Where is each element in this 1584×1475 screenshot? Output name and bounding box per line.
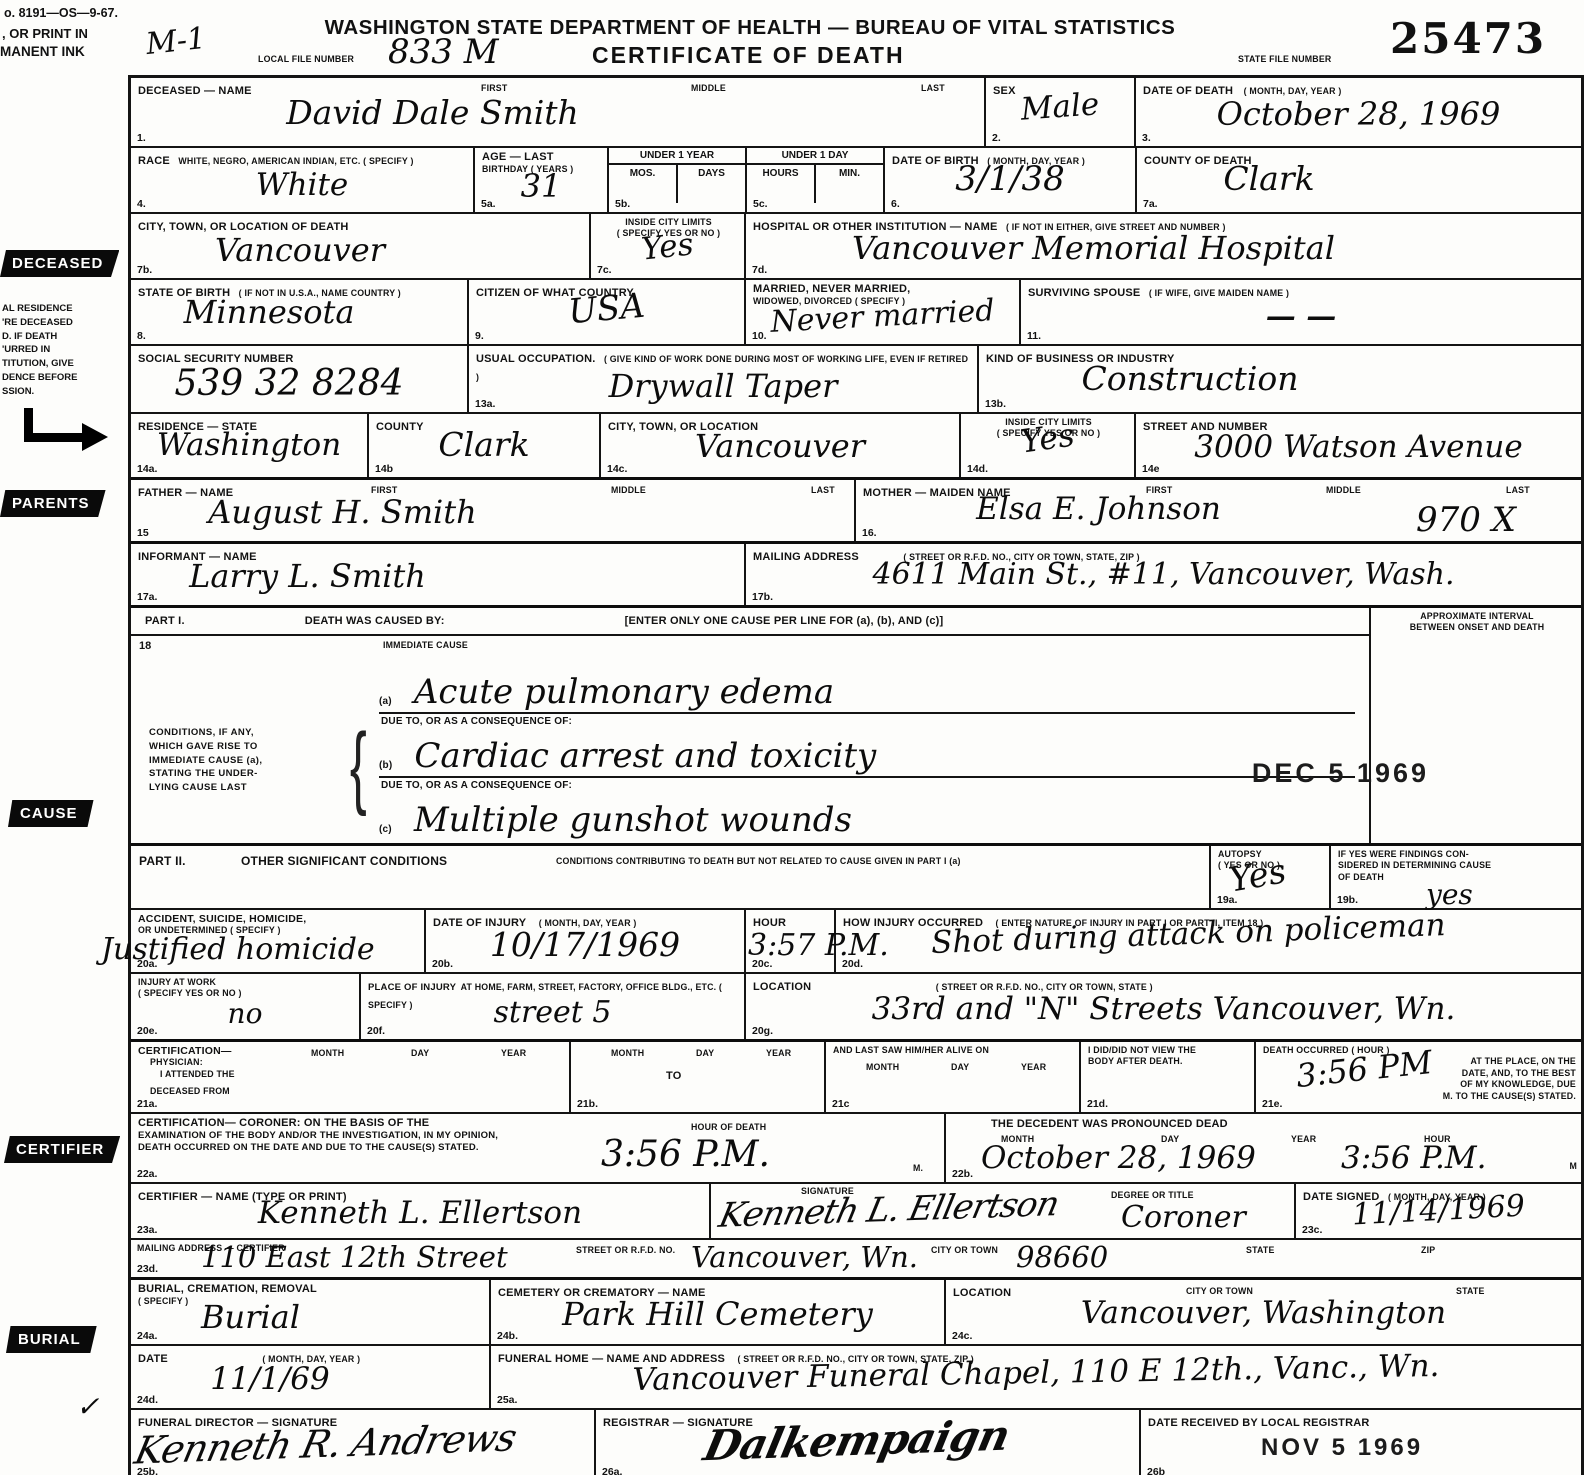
under-1-day-label: UNDER 1 DAY (747, 148, 883, 165)
field-age: AGE — LAST BIRTHDAY ( YEARS ) 5a. 31 (475, 148, 609, 212)
registrar-number: 26a. (602, 1466, 622, 1475)
viewed-body-label-1: I DID/DID NOT VIEW THE (1088, 1045, 1249, 1056)
ssn-value: 539 32 8284 (111, 366, 467, 402)
hospital-number: 7d. (752, 264, 767, 276)
field-findings-considered: IF YES WERE FINDINGS CON- SIDERED IN DET… (1331, 846, 1581, 908)
street-rfd-label: STREET OR R.F.D. NO. (576, 1245, 675, 1256)
informant-name-number: 17a. (137, 591, 157, 603)
burial-location-state-label: STATE (1456, 1286, 1485, 1297)
interval-label-1: APPROXIMATE INTERVAL (1378, 611, 1576, 622)
burial-location-value: Vancouver, Washington (946, 1298, 1581, 1329)
date-of-injury-value: 10/17/1969 (426, 928, 744, 961)
findings-number: 19b. (1337, 894, 1358, 906)
field-burial-date: DATE ( MONTH, DAY, YEAR ) 24d. 11/1/69 (131, 1346, 491, 1408)
field-physician-attended: CERTIFICATION— PHYSICIAN: I ATTENDED THE… (131, 1042, 571, 1112)
field-coroner-certification: CERTIFICATION— CORONER: ON THE BASIS OF … (131, 1114, 946, 1182)
last-saw-month-label: MONTH (866, 1062, 899, 1073)
burial-date-value: 11/1/69 (51, 1364, 489, 1395)
injury-location-label: LOCATION (753, 981, 811, 993)
findings-label-1: IF YES WERE FINDINGS CON- (1338, 849, 1576, 860)
cause-b-prefix: (b) (379, 759, 392, 772)
business-value: Construction (799, 362, 1581, 395)
physician-to-number: 21b. (577, 1098, 598, 1110)
margin-note-line: AL RESIDENCE (2, 302, 77, 316)
cemetery-value: Park Hill Cemetery (491, 1298, 944, 1330)
field-viewed-body: I DID/DID NOT VIEW THE BODY AFTER DEATH.… (1081, 1042, 1256, 1112)
margin-tab-certifier: CERTIFIER (4, 1136, 120, 1163)
state-of-birth-value: Minnesota (71, 296, 467, 328)
conditions-note-line: WHICH GAVE RISE TO (149, 740, 339, 754)
under-1-day-number: 5c. (753, 198, 768, 210)
death-certificate-page: o. 8191—OS—9-67. , OR PRINT IN MANENT IN… (0, 0, 1584, 1475)
field-approx-interval: APPROXIMATE INTERVAL BETWEEN ONSET AND D… (1371, 608, 1581, 843)
findings-value: yes (1426, 878, 1473, 911)
zip-label: ZIP (1421, 1245, 1435, 1256)
race-sublabel: WHITE, NEGRO, AMERICAN INDIAN, ETC. ( SP… (178, 156, 413, 166)
local-file-label: LOCAL FILE NUMBER (258, 54, 354, 65)
state-file-value: 25473 (1390, 14, 1546, 63)
field-residence-inside-limits: INSIDE CITY LIMITS ( SPECIFY YES OR NO )… (961, 414, 1136, 477)
field-certifier-name: CERTIFIER — NAME (TYPE OR PRINT) 23a. Ke… (131, 1184, 711, 1238)
surviving-spouse-value: — — (1021, 302, 1581, 332)
deceased-name-value: David Dale Smith (0, 96, 984, 129)
field-deceased-name: DECEASED — NAME FIRST MIDDLE LAST 1. Dav… (131, 78, 986, 146)
residence-county-value: Clark (369, 428, 599, 461)
residence-street-number: 14e (1142, 463, 1160, 475)
ink-note-line2: MANENT INK (0, 44, 85, 59)
burial-date-number: 24d. (137, 1394, 158, 1406)
field-residence-street: STREET AND NUMBER 14e 3000 Watson Avenue (1136, 414, 1581, 477)
business-number: 13b. (985, 398, 1006, 410)
certifier-mailing-number: 23d. (137, 1263, 158, 1275)
cause-line-c: (c) Multiple gunshot wounds (379, 788, 1355, 840)
margin-tab-burial: BURIAL (6, 1326, 97, 1353)
middle-label: MIDDLE (691, 83, 726, 94)
physician-to-label: TO (666, 1070, 681, 1083)
margin-note-line: 'RE DECEASED (2, 316, 77, 330)
last-saw-year-label: YEAR (1021, 1062, 1046, 1073)
date-of-death-number: 3. (1142, 132, 1151, 144)
age-value: 31 (475, 170, 607, 202)
injury-location-value: 33rd and "N" Streets Vancouver, Wn. (746, 994, 1581, 1025)
how-injury-number: 20d. (842, 958, 863, 970)
physician-day-label: DAY (411, 1048, 429, 1059)
manner-value: Justified homicide (101, 932, 375, 967)
ink-note-line1: , OR PRINT IN (2, 26, 88, 41)
hour-of-death-m-label: M. (913, 1163, 923, 1174)
field-residence-city: CITY, TOWN, OR LOCATION 14c. Vancouver (601, 414, 961, 477)
field-date-received: DATE RECEIVED BY LOCAL REGISTRAR 26b NOV… (1141, 1410, 1581, 1475)
conditions-note: CONDITIONS, IF ANY, WHICH GAVE RISE TO I… (149, 726, 339, 795)
residence-city-value: Vancouver (601, 430, 959, 462)
race-label: RACE (138, 155, 170, 167)
section-part2: PART II. OTHER SIGNIFICANT CONDITIONS CO… (131, 846, 1211, 908)
margin-note-line: SSION. (2, 385, 77, 399)
informant-mailing-number: 17b. (752, 591, 773, 603)
field-citizen: CITIZEN OF WHAT COUNTRY 9. USA (469, 280, 746, 344)
certifier-city-value: Vancouver, Wn. (691, 1240, 918, 1274)
burial-type-number: 24a. (137, 1330, 157, 1342)
field-burial-type: BURIAL, CREMATION, REMOVAL ( SPECIFY ) 2… (131, 1280, 491, 1344)
surviving-spouse-sublabel: ( IF WIFE, GIVE MAIDEN NAME ) (1149, 288, 1289, 298)
field-place-of-injury: PLACE OF INJURY AT HOME, FARM, STREET, F… (361, 974, 746, 1039)
hour-of-death-value: 3:56 P.M. (601, 1134, 770, 1175)
date-received-label: DATE RECEIVED BY LOCAL REGISTRAR (1148, 1417, 1370, 1429)
field-burial-location: LOCATION CITY OR TOWN STATE 24c. Vancouv… (946, 1280, 1581, 1344)
last-saw-day-label: DAY (951, 1062, 969, 1073)
coroner-text-2: EXAMINATION OF THE BODY AND/OR THE INVES… (138, 1130, 939, 1142)
field-injury-at-work: INJURY AT WORK ( SPECIFY YES OR NO ) 20e… (131, 974, 361, 1039)
registrar-value: Dalkempaign (700, 1411, 1014, 1470)
date-received-number: 26b (1147, 1466, 1165, 1475)
state-label: STATE (1246, 1245, 1275, 1256)
findings-label-2: SIDERED IN DETERMINING CAUSE (1338, 860, 1576, 871)
city-or-town-label: CITY OR TOWN (931, 1245, 998, 1256)
date-of-death-value: October 28, 1969 (1136, 98, 1581, 130)
pronounced-date-value: October 28, 1969 (981, 1140, 1256, 1176)
viewed-body-label-2: BODY AFTER DEATH. (1088, 1056, 1249, 1067)
certificate-title: WASHINGTON STATE DEPARTMENT OF HEALTH — … (230, 16, 1270, 40)
section-cause-part1: PART I. DEATH WAS CAUSED BY: [ENTER ONLY… (131, 608, 1371, 843)
residence-state-number: 14a. (137, 463, 157, 475)
field-city-of-death: CITY, TOWN, OR LOCATION OF DEATH 7b. Van… (131, 214, 591, 278)
field-ssn: SOCIAL SECURITY NUMBER 539 32 8284 (131, 346, 469, 412)
conditions-note-line: CONDITIONS, IF ANY, (149, 726, 339, 740)
conditions-note-line: STATING THE UNDER- (149, 767, 339, 781)
certifier-signature-value: Kenneth L. Ellertson (715, 1184, 1062, 1236)
field-date-of-death: DATE OF DEATH ( MONTH, DAY, YEAR ) 3. Oc… (1136, 78, 1581, 146)
physician-attended-number: 21a. (137, 1098, 157, 1110)
local-file-value: 833 M (388, 32, 499, 72)
autopsy-value: Yes (1226, 851, 1289, 900)
certificate-form: DECEASED — NAME FIRST MIDDLE LAST 1. Dav… (128, 75, 1584, 1475)
last-label: LAST (921, 83, 945, 94)
death-occurred-number: 21e. (1262, 1098, 1282, 1110)
caused-by-label: DEATH WAS CAUSED BY: (305, 615, 445, 628)
field-race: RACE WHITE, NEGRO, AMERICAN INDIAN, ETC.… (131, 148, 475, 212)
field-registrar-signature: REGISTRAR — SIGNATURE 26a. Dalkempaign (596, 1410, 1141, 1475)
field-hospital: HOSPITAL OR OTHER INSTITUTION — NAME ( I… (746, 214, 1581, 278)
mother-extra-mark: 970 X (1416, 500, 1516, 540)
hour-of-death-label: HOUR OF DEATH (691, 1122, 766, 1133)
manner-label-1: ACCIDENT, SUICIDE, HOMICIDE, (138, 913, 419, 925)
last-saw-alive-label: AND LAST SAW HIM/HER ALIVE ON (833, 1045, 1074, 1056)
field-under-1-day: UNDER 1 DAY HOURS MIN. 5c. (747, 148, 885, 212)
physician-year-label: YEAR (501, 1048, 526, 1059)
physician-cert-label-4: DECEASED FROM (150, 1086, 564, 1097)
county-of-death-number: 7a. (1143, 198, 1158, 210)
field-certifier-mailing-address: MAILING ADDRESS — CERTIFIER 23d. 110 Eas… (131, 1240, 1581, 1277)
pronounced-number: 22b. (952, 1168, 973, 1180)
part1-label: PART I. (145, 615, 185, 628)
injury-at-work-value: no (131, 1000, 359, 1028)
certifier-name-value: Kenneth L. Ellertson (131, 1198, 709, 1229)
field-certifier-signature: SIGNATURE Kenneth L. Ellertson DEGREE OR… (711, 1184, 1296, 1238)
pen-code: M-1 (144, 21, 207, 62)
age-label-1: AGE — LAST (482, 151, 602, 164)
conditions-note-line: LYING CAUSE LAST (149, 781, 339, 795)
margin-tab-cause: CAUSE (8, 800, 94, 827)
date-of-birth-number: 6. (891, 198, 900, 210)
coroner-text-1: CERTIFICATION— CORONER: ON THE BASIS OF … (138, 1117, 939, 1130)
physician-to-year-label: YEAR (766, 1048, 791, 1059)
burial-type-value: Burial (201, 1298, 300, 1336)
county-of-death-value: Clark (957, 162, 1581, 195)
under-1-year-label: UNDER 1 YEAR (609, 148, 745, 165)
injury-location-number: 20g. (752, 1025, 773, 1037)
last-saw-number: 21c (832, 1098, 850, 1110)
field-business: KIND OF BUSINESS OR INDUSTRY 13b. Constr… (979, 346, 1581, 412)
cause-line-a: (a) Acute pulmonary edema (379, 652, 1355, 714)
physician-to-month-label: MONTH (611, 1048, 644, 1059)
interval-label-2: BETWEEN ONSET AND DEATH (1378, 622, 1576, 633)
certifier-address-value: 110 East 12th Street (201, 1240, 508, 1274)
cause-b-value: Cardiac arrest and toxicity (414, 736, 876, 776)
margin-note-line: D. IF DEATH (2, 330, 77, 344)
field-marital-status: MARRIED, NEVER MARRIED, WIDOWED, DIVORCE… (746, 280, 1021, 344)
surviving-spouse-label: SURVIVING SPOUSE (1028, 287, 1140, 299)
cause-a-prefix: (a) (379, 695, 392, 708)
cemetery-number: 24b. (497, 1330, 518, 1342)
physician-cert-label-3: I ATTENDED THE (160, 1069, 564, 1080)
coroner-number: 22a. (137, 1168, 157, 1180)
conditions-brace: { (350, 714, 367, 819)
field-surviving-spouse: SURVIVING SPOUSE ( IF WIFE, GIVE MAIDEN … (1021, 280, 1581, 344)
pronounced-hour-value: 3:56 P.M. (1341, 1140, 1487, 1176)
sex-number: 2. (992, 132, 1001, 144)
field-informant-name: INFORMANT — NAME 17a. Larry L. Smith (131, 544, 746, 605)
field-death-occurred: DEATH OCCURRED ( HOUR ) AT THE PLACE, ON… (1256, 1042, 1581, 1112)
part2-title: OTHER SIGNIFICANT CONDITIONS (241, 854, 447, 868)
field-cemetery-name: CEMETERY OR CREMATORY — NAME 24b. Park H… (491, 1280, 946, 1344)
deceased-name-number: 1. (137, 132, 146, 144)
burial-type-sublabel: ( SPECIFY ) (138, 1296, 484, 1307)
field-state-of-birth: STATE OF BIRTH ( IF NOT IN U.S.A., NAME … (131, 280, 469, 344)
margin-note-line: 'URRED IN (2, 343, 77, 357)
coroner-text-3: DEATH OCCURRED ON THE DATE AND DUE TO TH… (138, 1142, 939, 1154)
field-residence-county: COUNTY 14b Clark (369, 414, 601, 477)
burial-type-label: BURIAL, CREMATION, REMOVAL (138, 1283, 484, 1296)
conditions-note-line: IMMEDIATE CAUSE (a), (149, 754, 339, 768)
viewed-body-number: 21d. (1087, 1098, 1108, 1110)
field-hour-of-injury: HOUR 20c. 3:57 P.M. (746, 910, 836, 972)
field-mother-name: MOTHER — MAIDEN NAME FIRST MIDDLE LAST 1… (856, 480, 1581, 541)
state-of-birth-number: 8. (137, 330, 146, 342)
residence-state-value: Washington (131, 430, 367, 461)
field-sex: SEX 2. Male (986, 78, 1136, 146)
physician-month-label: MONTH (311, 1048, 344, 1059)
field-physician-to: TO MONTH DAY YEAR 21b. (571, 1042, 826, 1112)
field-how-injury-occurred: HOW INJURY OCCURRED ( ENTER NATURE OF IN… (836, 910, 1581, 972)
field-county-of-death: COUNTY OF DEATH 7a. Clark (1137, 148, 1581, 212)
form-number: o. 8191—OS—9-67. (4, 6, 118, 20)
immediate-cause-label: IMMEDIATE CAUSE (383, 640, 468, 651)
pronounced-dead-label: THE DECEDENT WAS PRONOUNCED DEAD (991, 1118, 1228, 1131)
hospital-value: Vancouver Memorial Hospital (606, 232, 1581, 264)
enter-one-cause-note: [ENTER ONLY ONE CAUSE PER LINE FOR (a), … (625, 615, 944, 628)
injury-at-work-label: INJURY AT WORK (138, 977, 354, 988)
cause-a-value: Acute pulmonary edema (414, 672, 834, 712)
informant-name-value: Larry L. Smith (0, 560, 744, 592)
cause-c-prefix: (c) (379, 823, 392, 836)
place-of-injury-label: PLACE OF INJURY (368, 982, 456, 993)
part1-number: 18 (139, 640, 151, 652)
residence-county-number: 14b (375, 463, 393, 475)
cause-line-b: (b) Cardiac arrest and toxicity (379, 726, 1355, 778)
field-date-of-injury: DATE OF INJURY ( MONTH, DAY, YEAR ) 20b.… (426, 910, 746, 972)
city-of-death-value: Vancouver (11, 234, 589, 266)
pronounced-m-label: M (1569, 1161, 1577, 1172)
field-manner-of-death: ACCIDENT, SUICIDE, HOMICIDE, OR UNDETERM… (131, 910, 426, 972)
place-of-injury-value: street 5 (361, 998, 744, 1028)
field-autopsy: AUTOPSY ( YES OR NO ) 19a. Yes (1211, 846, 1331, 908)
under-1-year-number: 5b. (615, 198, 630, 210)
certificate-subtitle: CERTIFICATE OF DEATH (592, 42, 905, 69)
mother-name-number: 16. (862, 527, 877, 539)
physician-to-day-label: DAY (696, 1048, 714, 1059)
residence-city-number: 14c. (607, 463, 627, 475)
informant-mailing-value: 4611 Main St., #11, Vancouver, Wash. (746, 560, 1581, 590)
field-last-saw-alive: AND LAST SAW HIM/HER ALIVE ON MONTH DAY … (826, 1042, 1081, 1112)
part2-label: PART II. (139, 854, 186, 868)
certifier-zip-value: 98660 (1016, 1240, 1108, 1274)
under-1-year-days-label: DAYS (676, 165, 745, 203)
nov-5-1969-stamp: NOV 5 1969 (1261, 1434, 1423, 1462)
margin-note: AL RESIDENCE 'RE DECEASED D. IF DEATH 'U… (2, 302, 77, 398)
field-informant-mailing-address: MAILING ADDRESS ( STREET OR R.F.D. NO., … (746, 544, 1581, 605)
field-injury-location: LOCATION ( STREET OR R.F.D. NO., CITY OR… (746, 974, 1581, 1039)
field-funeral-director-signature: FUNERAL DIRECTOR — SIGNATURE 25b. Kennet… (131, 1410, 596, 1475)
field-pronounced-dead: THE DECEDENT WAS PRONOUNCED DEAD MONTH D… (946, 1114, 1581, 1182)
degree-or-title-value: Coroner (1121, 1200, 1246, 1235)
margin-note-line: DENCE BEFORE (2, 371, 77, 385)
field-funeral-home: FUNERAL HOME — NAME AND ADDRESS ( STREET… (491, 1346, 1581, 1408)
cause-c-value: Multiple gunshot wounds (414, 800, 852, 840)
field-date-signed: DATE SIGNED ( MONTH, DAY, YEAR ) 23c. 11… (1296, 1184, 1581, 1238)
field-residence-state: RESIDENCE — STATE 14a. Washington (131, 414, 369, 477)
under-1-day-min-label: MIN. (814, 165, 883, 203)
father-name-number: 15 (137, 527, 149, 539)
pronounced-year-label: YEAR (1291, 1134, 1316, 1145)
race-value: White (131, 170, 473, 201)
residence-street-value: 3000 Watson Avenue (1136, 432, 1581, 463)
burial-location-number: 24c. (952, 1330, 972, 1342)
field-under-1-year: UNDER 1 YEAR MOS. DAYS 5b. (609, 148, 747, 212)
margin-note-line: TITUTION, GIVE (2, 357, 77, 371)
state-file-label: STATE FILE NUMBER (1238, 54, 1331, 65)
occupation-label: USUAL OCCUPATION. (476, 353, 596, 365)
part2-sublabel: CONDITIONS CONTRIBUTING TO DEATH BUT NOT… (556, 856, 961, 867)
how-injury-value: Shot during attack on policeman (931, 907, 1447, 961)
